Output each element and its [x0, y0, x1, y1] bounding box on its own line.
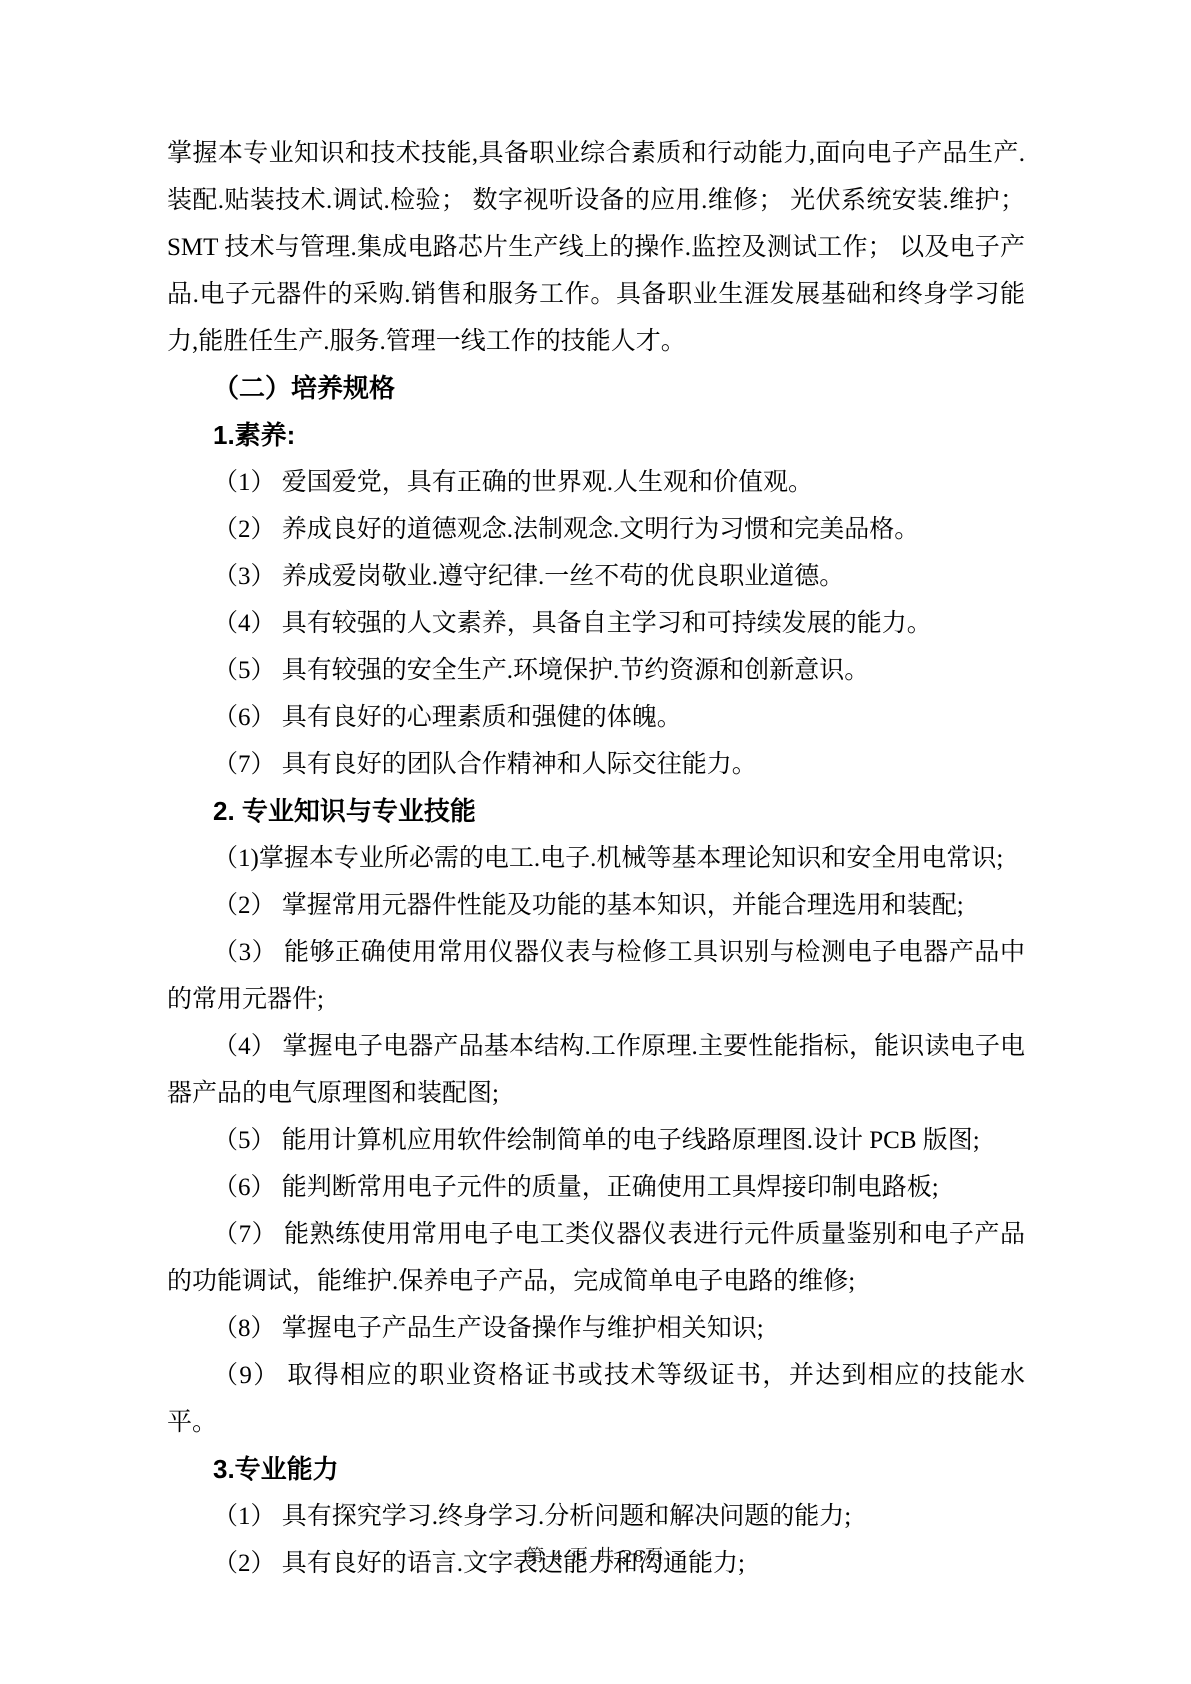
s1-item-5: （5） 具有较强的安全生产.环境保护.节约资源和创新意识。 [167, 647, 1025, 694]
s1-item-2: （2） 养成良好的道德观念.法制观念.文明行为习惯和完美品格。 [167, 506, 1025, 553]
subsection-3-heading: 3.专业能力 [167, 1446, 1025, 1493]
page-number-text: 第 4 页 共 28页 [526, 1546, 665, 1566]
s1-item-1: （1） 爱国爱党，具有正确的世界观.人生观和价值观。 [167, 459, 1025, 506]
s3-item-1: （1） 具有探究学习.终身学习.分析问题和解决问题的能力; [167, 1493, 1025, 1540]
s1-item-6: （6） 具有良好的心理素质和强健的体魄。 [167, 694, 1025, 741]
s2-item-1: （1)掌握本专业所必需的电工.电子.机械等基本理论知识和安全用电常识; [167, 835, 1025, 882]
intro-paragraph: 掌握本专业知识和技术技能,具备职业综合素质和行动能力,面向电子产品生产.装配.贴… [167, 130, 1025, 365]
document-body: 掌握本专业知识和技术技能,具备职业综合素质和行动能力,面向电子产品生产.装配.贴… [167, 130, 1025, 1587]
s2-item-2: （2） 掌握常用元器件性能及功能的基本知识，并能合理选用和装配; [167, 882, 1025, 929]
subsection-2-heading: 2. 专业知识与专业技能 [167, 788, 1025, 835]
s2-item-8: （8） 掌握电子产品生产设备操作与维护相关知识; [167, 1305, 1025, 1352]
s1-item-7: （7） 具有良好的团队合作精神和人际交往能力。 [167, 741, 1025, 788]
s2-item-9: （9） 取得相应的职业资格证书或技术等级证书，并达到相应的技能水平。 [167, 1352, 1025, 1446]
s1-item-3: （3） 养成爱岗敬业.遵守纪律.一丝不苟的优良职业道德。 [167, 553, 1025, 600]
s2-item-7: （7） 能熟练使用常用电子电工类仪器仪表进行元件质量鉴别和电子产品的功能调试，能… [167, 1211, 1025, 1305]
subsection-1-heading: 1.素养: [167, 412, 1025, 459]
s1-item-4: （4） 具有较强的人文素养，具备自主学习和可持续发展的能力。 [167, 600, 1025, 647]
s2-item-6: （6） 能判断常用电子元件的质量，正确使用工具焊接印制电路板; [167, 1164, 1025, 1211]
s2-item-5: （5） 能用计算机应用软件绘制简单的电子线路原理图.设计 PCB 版图; [167, 1117, 1025, 1164]
document-page: 掌握本专业知识和技术技能,具备职业综合素质和行动能力,面向电子产品生产.装配.贴… [0, 0, 1191, 1684]
s2-item-3: （3） 能够正确使用常用仪器仪表与检修工具识别与检测电子电器产品中的常用元器件; [167, 929, 1025, 1023]
s2-item-4: （4） 掌握电子电器产品基本结构.工作原理.主要性能指标，能识读电子电器产品的电… [167, 1023, 1025, 1117]
section-heading: （二）培养规格 [167, 365, 1025, 412]
page-footer: 第 4 页 共 28页 [0, 1542, 1191, 1568]
